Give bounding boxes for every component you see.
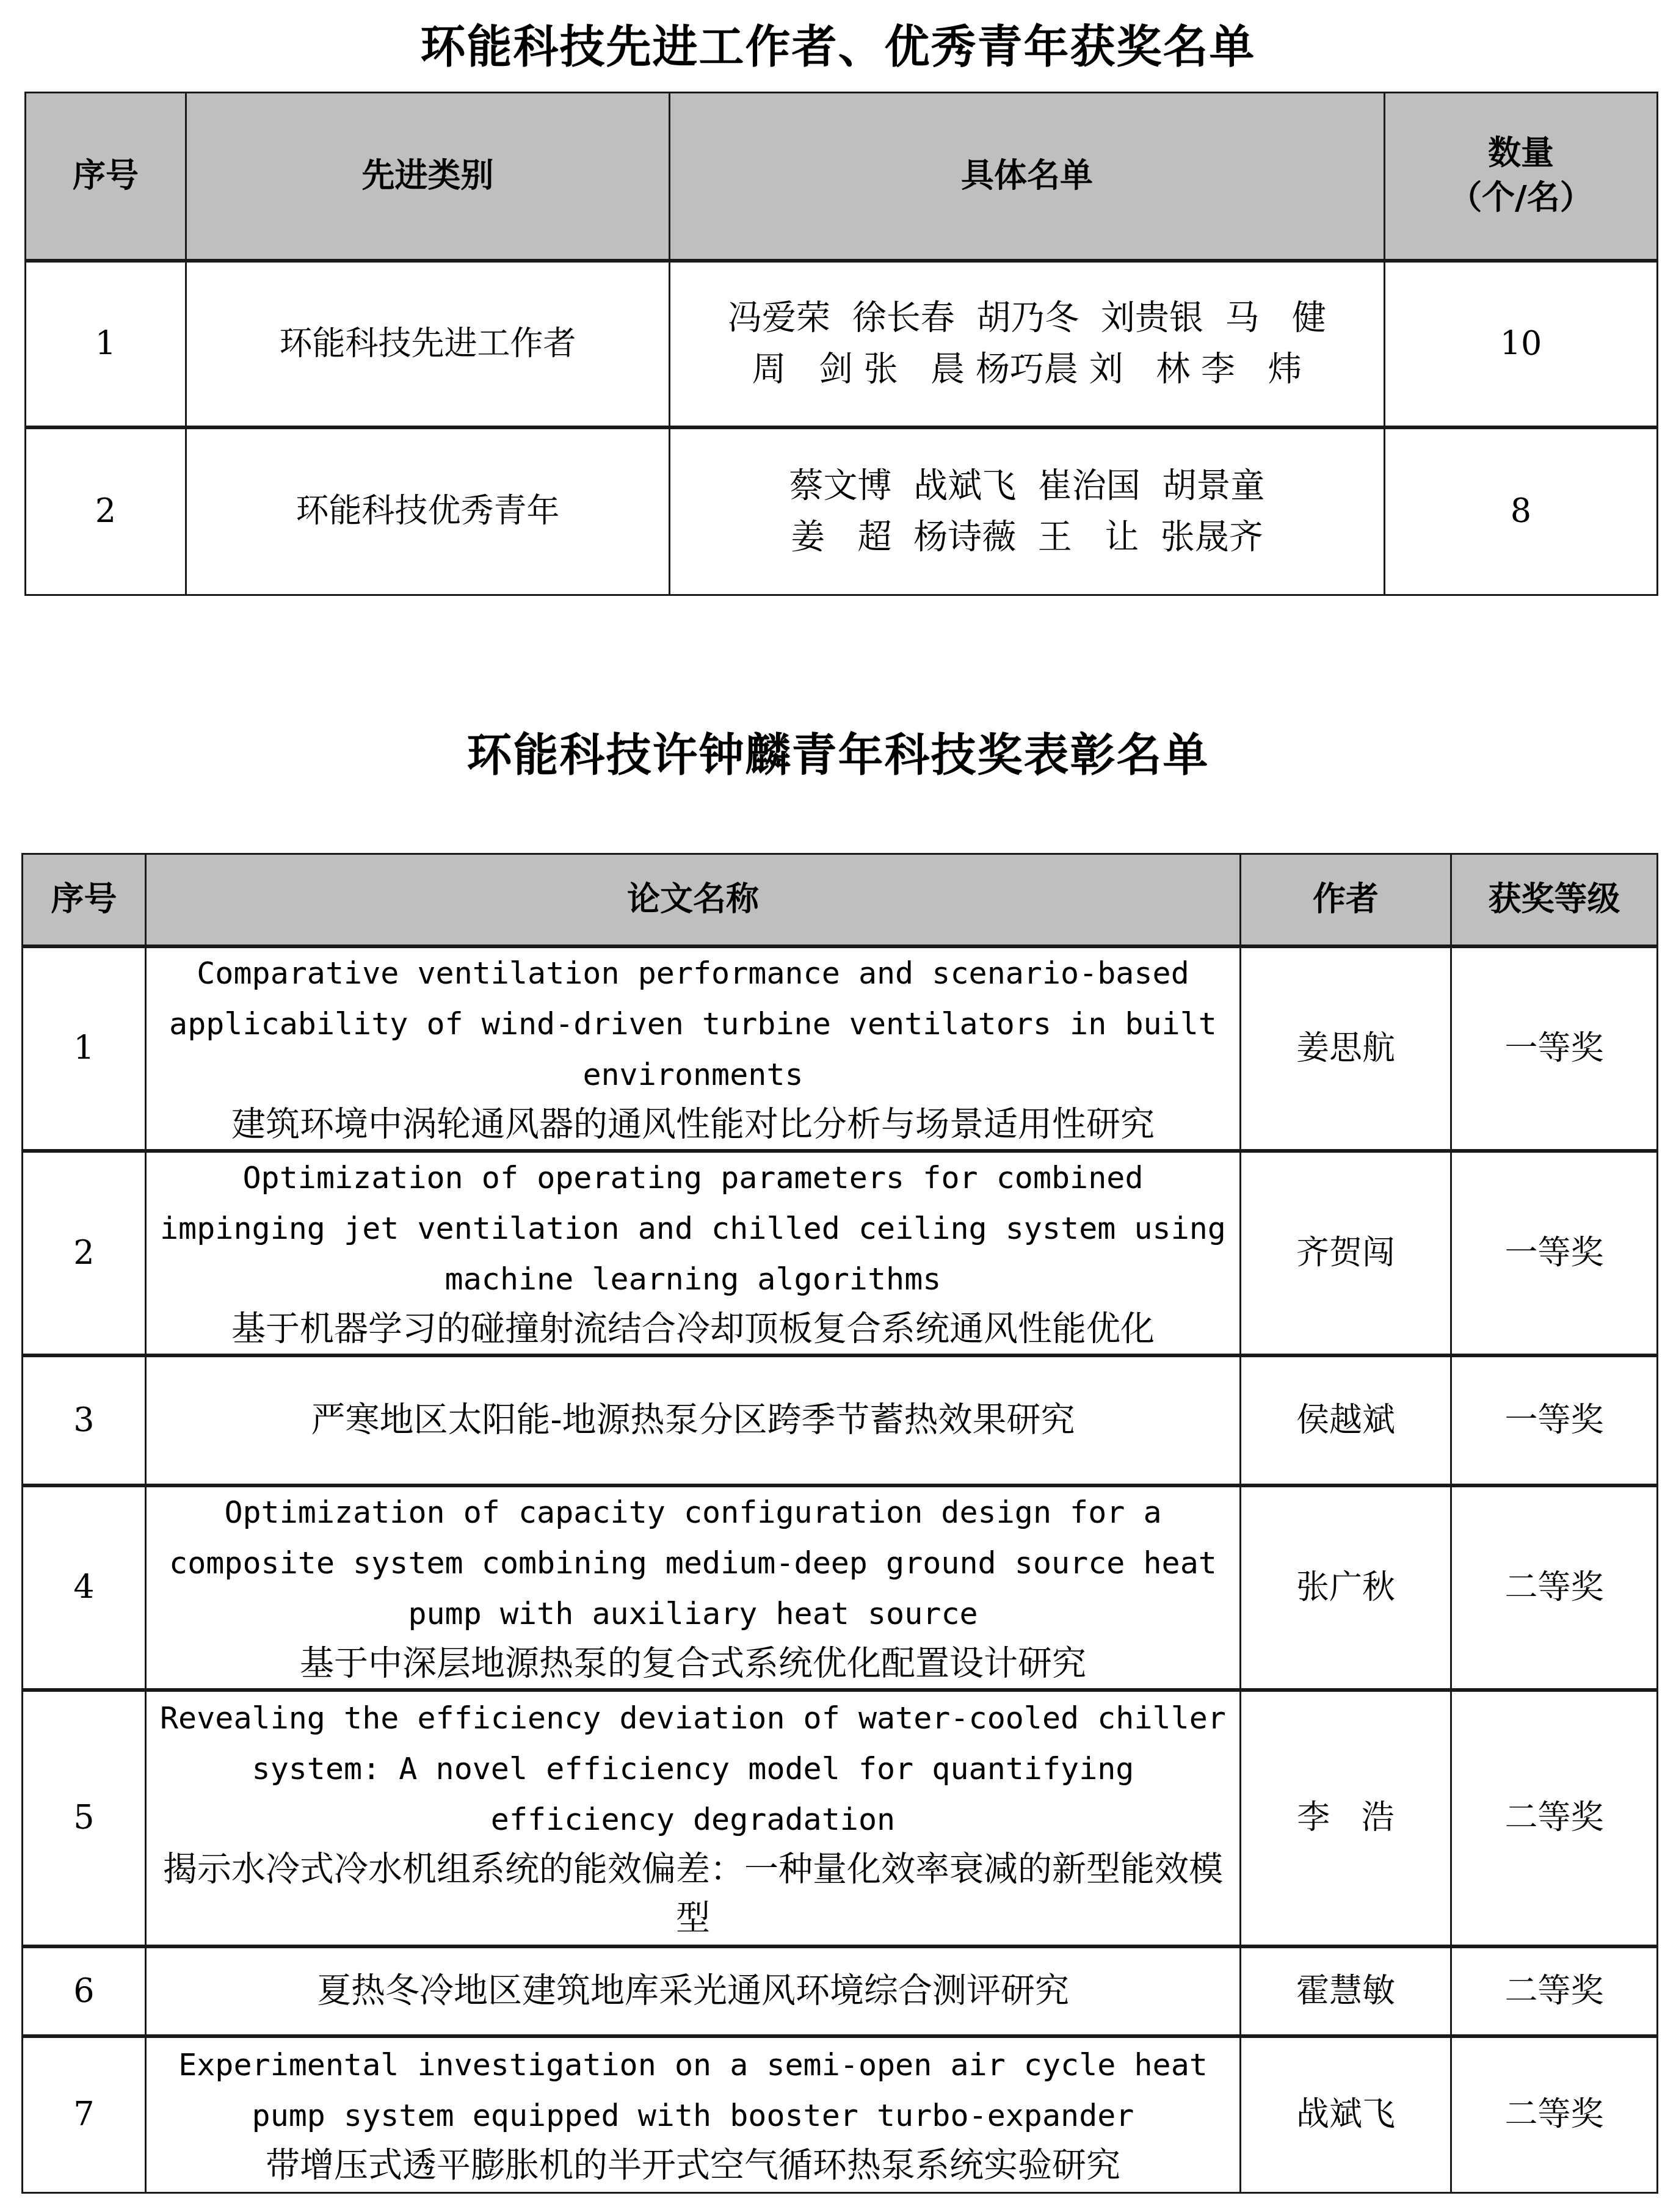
awards-table-advanced-workers: 序号 先进类别 具体名单 数量 （个/名） 1 环能科技先进工作者 冯爱荣 徐长… [24,92,1658,596]
header-paper: 论文名称 [146,854,1241,946]
awards-table-youth-science: 序号 论文名称 作者 获奖等级 1 Comparative ventilatio… [21,853,1658,2194]
cell-author: 张广秋 [1241,1485,1451,1690]
paper-title-en: Revealing the efficiency deviation of wa… [153,1693,1233,1845]
names-line: 周 剑 张 晨 杨巧晨 刘 林 李 炜 [677,344,1377,395]
paper-title-en: Optimization of capacity configuration d… [153,1487,1233,1639]
cell-paper: 夏热冬冷地区建筑地库采光通风环境综合测评研究 [146,1946,1241,2036]
table-header-row: 序号 先进类别 具体名单 数量 （个/名） [26,93,1658,261]
cell-index: 2 [26,427,186,595]
cell-author: 侯越斌 [1241,1355,1451,1485]
paper-title-zh: 基于机器学习的碰撞射流结合冷却顶板复合系统通风性能优化 [153,1305,1233,1354]
table-row: 1 环能科技先进工作者 冯爱荣 徐长春 胡乃冬 刘贵银 马 健 周 剑 张 晨 … [26,261,1658,427]
names-line: 蔡文博 战斌飞 崔治国 胡景童 [677,460,1377,512]
paper-title-zh: 揭示水冷式冷水机组系统的能效偏差：一种量化效率衰减的新型能效模型 [153,1845,1233,1943]
cell-author: 李 浩 [1241,1690,1451,1946]
table-header-row: 序号 论文名称 作者 获奖等级 [23,854,1658,946]
cell-index: 5 [23,1690,146,1946]
paper-title-zh: 建筑环境中涡轮通风器的通风性能对比分析与场景适用性研究 [153,1100,1233,1149]
paper-title-zh: 夏热冬冷地区建筑地库采光通风环境综合测评研究 [153,1967,1233,2015]
cell-author: 霍慧敏 [1241,1946,1451,2036]
cell-category: 环能科技先进工作者 [186,261,670,427]
header-index: 序号 [23,854,146,946]
cell-index: 3 [23,1355,146,1485]
paper-title-zh: 基于中深层地源热泵的复合式系统优化配置设计研究 [153,1639,1233,1688]
header-names: 具体名单 [670,93,1385,261]
paper-title-en: Comparative ventilation performance and … [153,948,1233,1100]
names-line: 姜 超 杨诗薇 王 让 张晟齐 [677,512,1377,563]
table1-title: 环能科技先进工作者、优秀青年获奖名单 [0,11,1676,76]
table2-title: 环能科技许钟麟青年科技奖表彰名单 [0,719,1676,784]
cell-index: 2 [23,1151,146,1355]
cell-paper: Optimization of capacity configuration d… [146,1485,1241,1690]
cell-index: 7 [23,2036,146,2193]
header-count: 数量 （个/名） [1385,93,1658,261]
paper-title-zh: 严寒地区太阳能-地源热泵分区跨季节蓄热效果研究 [153,1396,1233,1445]
cell-index: 1 [23,946,146,1151]
header-author: 作者 [1241,854,1451,946]
cell-paper: Optimization of operating parameters for… [146,1151,1241,1355]
table-row: 1 Comparative ventilation performance an… [23,946,1658,1151]
header-category: 先进类别 [186,93,670,261]
table-row: 2 Optimization of operating parameters f… [23,1151,1658,1355]
cell-level: 一等奖 [1451,1355,1658,1485]
names-line: 冯爱荣 徐长春 胡乃冬 刘贵银 马 健 [677,292,1377,344]
cell-level: 二等奖 [1451,1485,1658,1690]
cell-level: 二等奖 [1451,1690,1658,1946]
cell-names: 蔡文博 战斌飞 崔治国 胡景童 姜 超 杨诗薇 王 让 张晟齐 [670,427,1385,595]
paper-title-zh: 带增压式透平膨胀机的半开式空气循环热泵系统实验研究 [153,2141,1233,2190]
cell-paper: Experimental investigation on a semi-ope… [146,2036,1241,2193]
cell-paper: 严寒地区太阳能-地源热泵分区跨季节蓄热效果研究 [146,1355,1241,1485]
table-row: 6 夏热冬冷地区建筑地库采光通风环境综合测评研究 霍慧敏 二等奖 [23,1946,1658,2036]
cell-level: 二等奖 [1451,1946,1658,2036]
cell-author: 齐贺闯 [1241,1151,1451,1355]
cell-names: 冯爱荣 徐长春 胡乃冬 刘贵银 马 健 周 剑 张 晨 杨巧晨 刘 林 李 炜 [670,261,1385,427]
table-row: 3 严寒地区太阳能-地源热泵分区跨季节蓄热效果研究 侯越斌 一等奖 [23,1355,1658,1485]
cell-index: 4 [23,1485,146,1690]
table-row: 7 Experimental investigation on a semi-o… [23,2036,1658,2193]
cell-count: 10 [1385,261,1658,427]
cell-author: 战斌飞 [1241,2036,1451,2193]
cell-paper: Comparative ventilation performance and … [146,946,1241,1151]
header-count-unit: （个/名） [1391,176,1650,220]
cell-index: 6 [23,1946,146,2036]
header-index: 序号 [26,93,186,261]
cell-index: 1 [26,261,186,427]
cell-level: 一等奖 [1451,946,1658,1151]
table-row: 5 Revealing the efficiency deviation of … [23,1690,1658,1946]
header-level: 获奖等级 [1451,854,1658,946]
cell-author: 姜思航 [1241,946,1451,1151]
cell-category: 环能科技优秀青年 [186,427,670,595]
cell-count: 8 [1385,427,1658,595]
paper-title-en: Experimental investigation on a semi-ope… [153,2040,1233,2141]
paper-title-en: Optimization of operating parameters for… [153,1153,1233,1305]
cell-paper: Revealing the efficiency deviation of wa… [146,1690,1241,1946]
cell-level: 一等奖 [1451,1151,1658,1355]
header-count-label: 数量 [1391,131,1650,176]
table-row: 4 Optimization of capacity configuration… [23,1485,1658,1690]
cell-level: 二等奖 [1451,2036,1658,2193]
table-row: 2 环能科技优秀青年 蔡文博 战斌飞 崔治国 胡景童 姜 超 杨诗薇 王 让 张… [26,427,1658,595]
